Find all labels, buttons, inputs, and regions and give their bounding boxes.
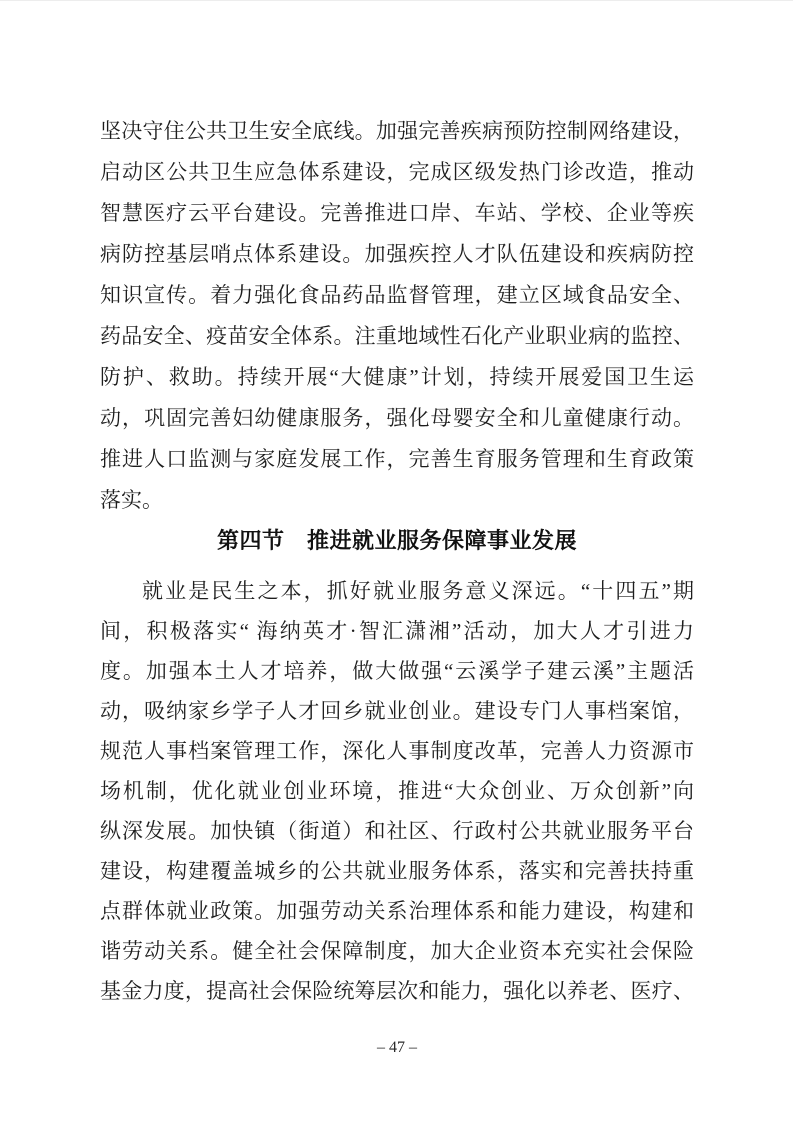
text-line: 谐劳动关系。健全社会保障制度，加大企业资本充实社会保险 — [100, 931, 694, 971]
text-line: 动，巩固完善妇幼健康服务，强化母婴安全和儿童健康行动。 — [100, 398, 694, 439]
text-line: 纵深发展。加快镇（街道）和社区、行政村公共就业服务平台 — [100, 811, 694, 851]
text-line: 防护、救助。持续开展“大健康”计划，持续开展爱国卫生运 — [100, 357, 694, 398]
text-area: 坚决守住公共卫生安全底线。加强完善疾病预防控制网络建设， 启动区公共卫生应急体系… — [100, 111, 694, 1059]
text-line: 场机制，优化就业创业环境，推进“大众创业、万众创新”向 — [100, 771, 694, 811]
text-line: 落实。 — [100, 480, 694, 521]
text-line: 启动区公共卫生应急体系建设，完成区级发热门诊改造，推动 — [100, 152, 694, 193]
text-line: 点群体就业政策。加强劳动关系治理体系和能力建设，构建和 — [100, 891, 694, 931]
section-heading: 第四节 推进就业服务保障事业发展 — [100, 521, 694, 561]
text-line: 动，吸纳家乡学子人才回乡就业创业。建设专门人事档案馆， — [100, 691, 694, 731]
text-line: 药品安全、疫苗安全体系。注重地域性石化产业职业病的监控、 — [100, 316, 694, 357]
text-line: 度。加强本土人才培养，做大做强“云溪学子建云溪”主题活 — [100, 651, 694, 691]
text-line: 建设，构建覆盖城乡的公共就业服务体系，落实和完善扶持重 — [100, 851, 694, 891]
text-line: 病防控基层哨点体系建设。加强疾控人才队伍建设和疾病防控 — [100, 234, 694, 275]
paragraph-public-health: 坚决守住公共卫生安全底线。加强完善疾病预防控制网络建设， 启动区公共卫生应急体系… — [100, 111, 694, 521]
text-line: 基金力度，提高社会保险统筹层次和能力，强化以养老、医疗、 — [100, 971, 694, 1011]
text-line: 智慧医疗云平台建设。完善推进口岸、车站、学校、企业等疾 — [100, 193, 694, 234]
text-line: 规范人事档案管理工作，深化人事制度改革，完善人力资源市 — [100, 731, 694, 771]
text-line: 坚决守住公共卫生安全底线。加强完善疾病预防控制网络建设， — [100, 111, 694, 152]
text-line: 知识宣传。着力强化食品药品监督管理，建立区域食品安全、 — [100, 275, 694, 316]
document-page: 坚决守住公共卫生安全底线。加强完善疾病预防控制网络建设， 启动区公共卫生应急体系… — [0, 0, 793, 1122]
paragraph-employment: 就业是民生之本，抓好就业服务意义深远。“十四五”期 间，积极落实“ 海纳英才·智… — [100, 571, 694, 1011]
text-line: 推进人口监测与家庭发展工作，完善生育服务管理和生育政策 — [100, 439, 694, 480]
text-line: 就业是民生之本，抓好就业服务意义深远。“十四五”期 — [100, 571, 694, 611]
page-number: – 47 – — [100, 1037, 694, 1059]
text-line: 间，积极落实“ 海纳英才·智汇潇湘”活动，加大人才引进力 — [100, 611, 694, 651]
